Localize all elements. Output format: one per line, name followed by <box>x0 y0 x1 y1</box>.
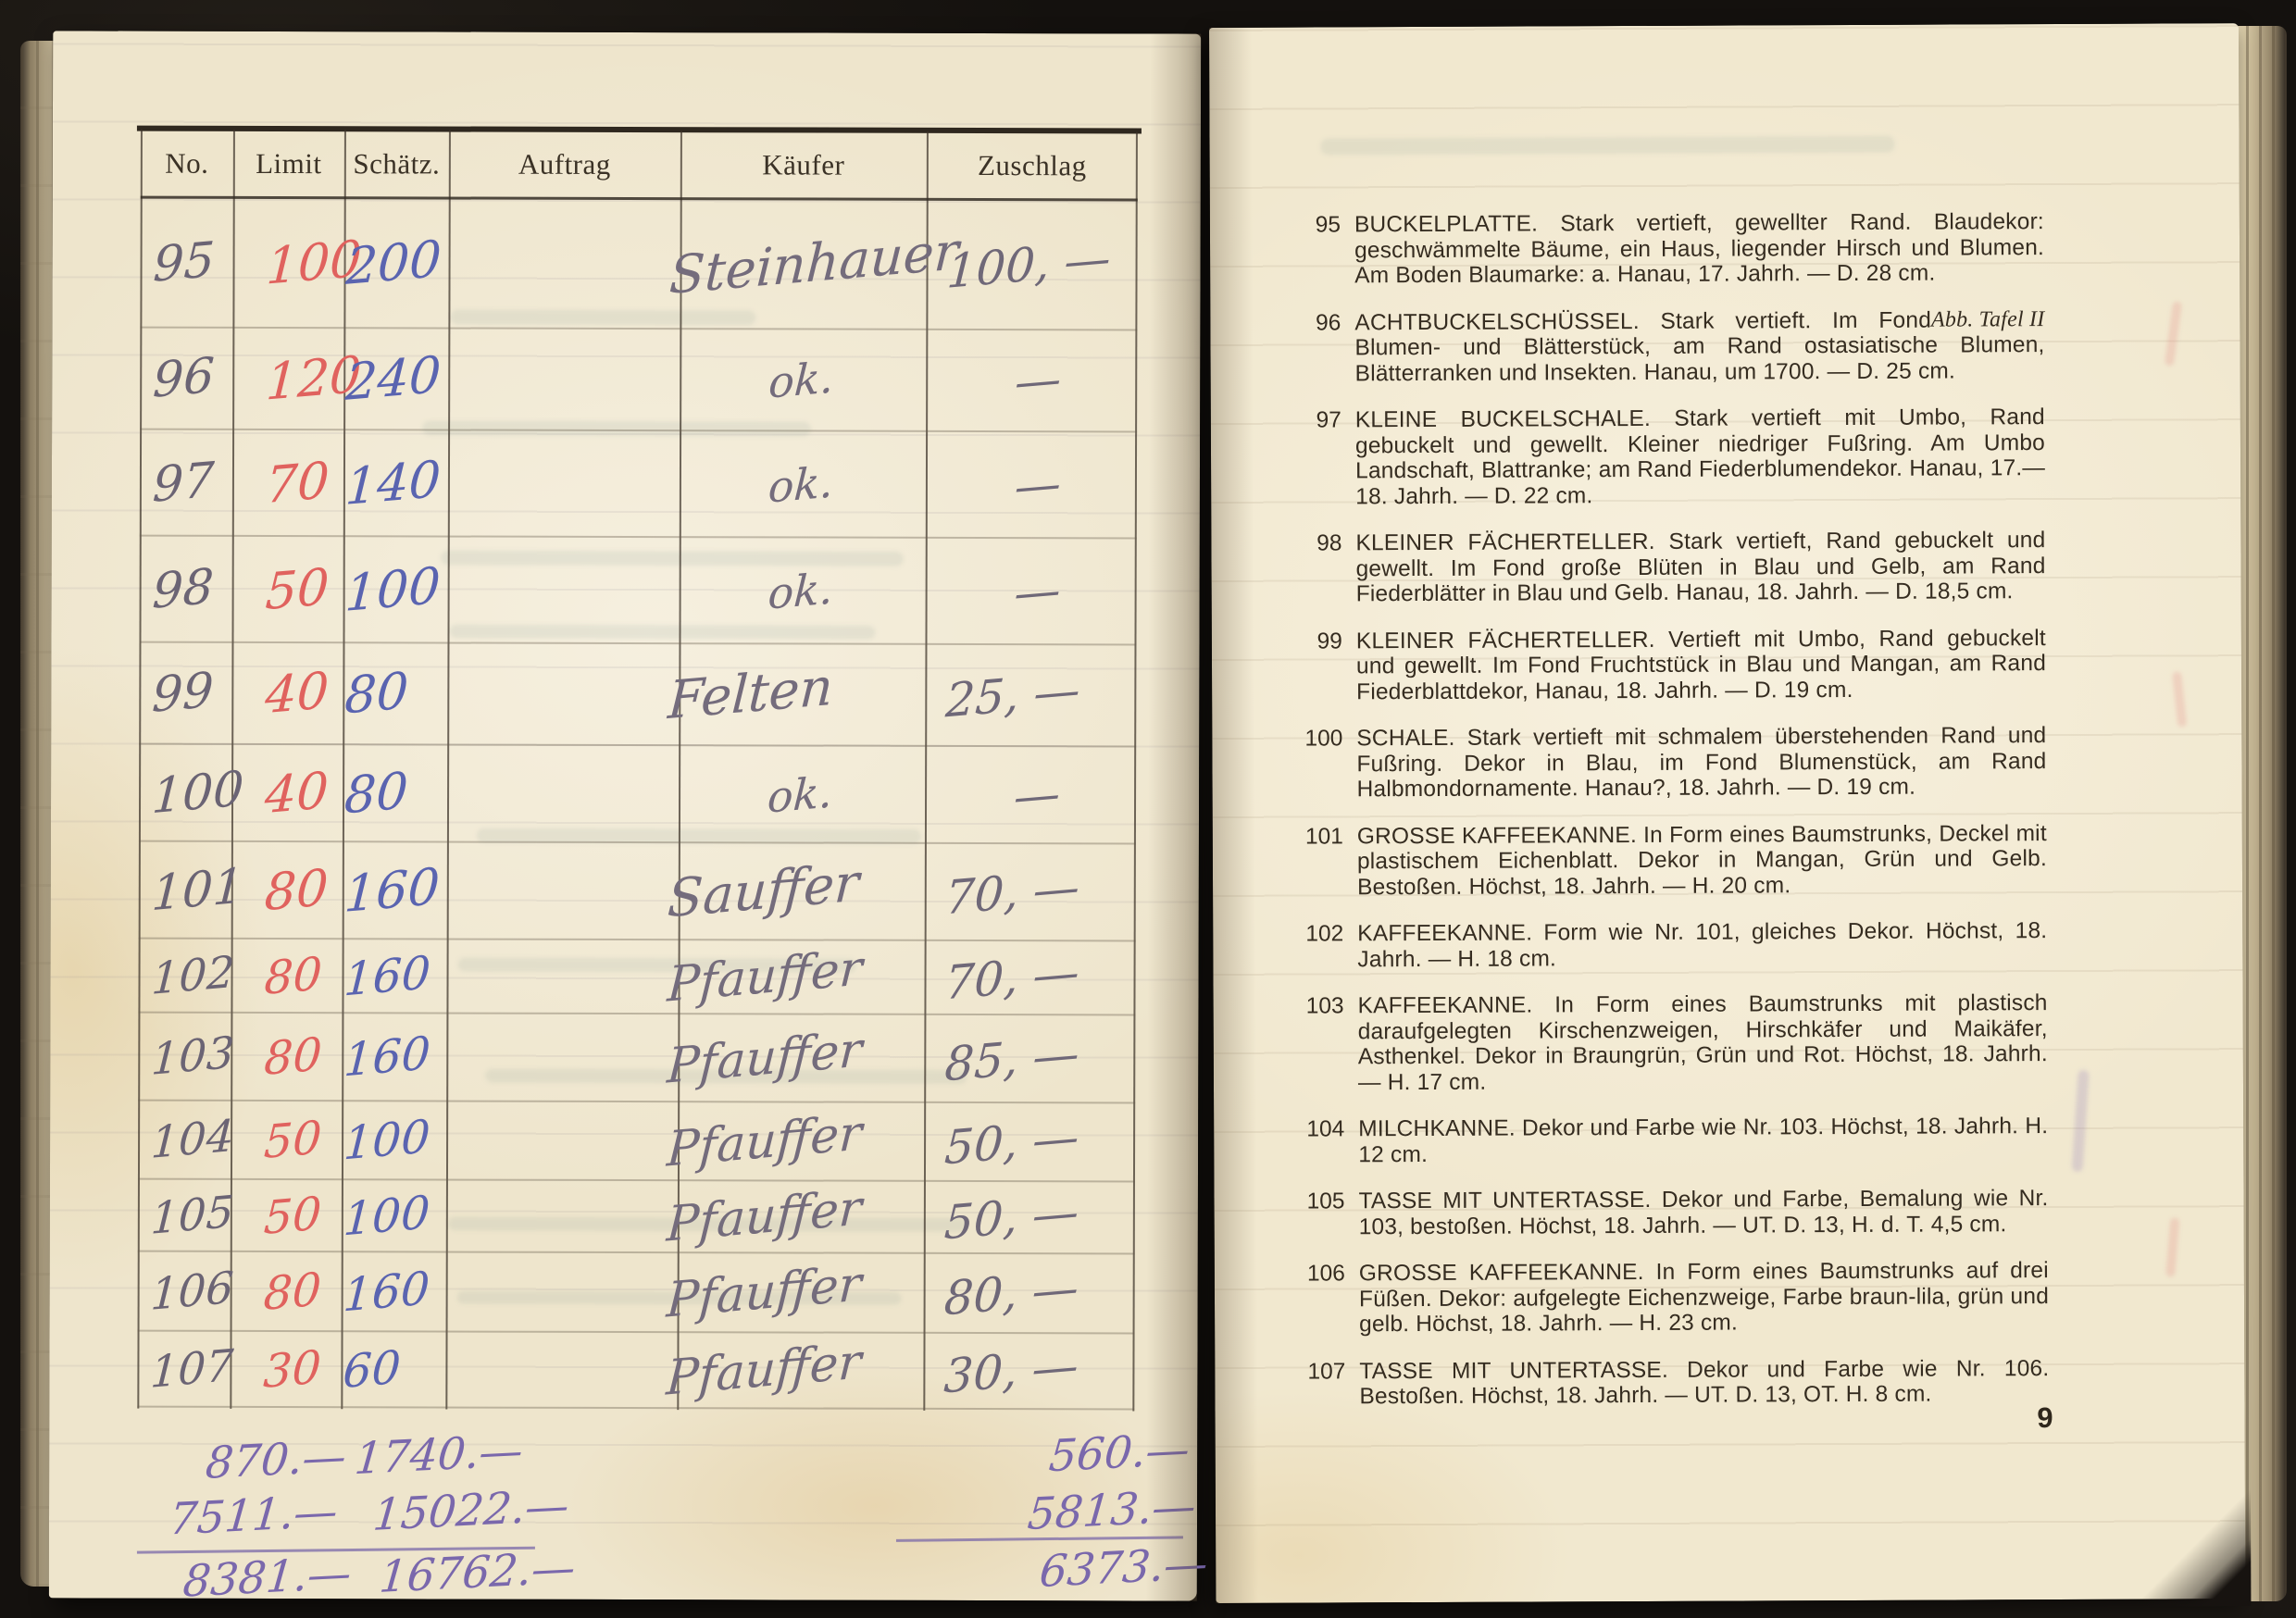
entry-description: MILCHKANNE. Dekor und Farbe wie Nr. 103.… <box>1358 1114 2048 1167</box>
hammer-price-cell: — <box>925 747 1136 843</box>
total-limit: 8381.— <box>181 1551 354 1603</box>
column-header-limit: Limit <box>233 147 344 180</box>
catalog-entry: 98 KLEINER FÄCHERTELLER. Stark vertieft,… <box>1290 528 2045 607</box>
table-header-row: No. Limit Schätz. Auftrag Käufer Zuschla… <box>141 131 1138 202</box>
hammer-price-cell: — <box>925 539 1136 644</box>
limit-cell: 50 <box>231 1101 342 1178</box>
entry-description: KLEINE BUCKELSCHALE. Stark vertieft mit … <box>1355 404 2045 509</box>
hammer-price: — <box>1013 566 1062 616</box>
estimate-cell: 80 <box>343 643 447 743</box>
hammer-price-cell: 70, — <box>924 941 1135 1014</box>
buyer-cell: Felten <box>679 644 925 745</box>
entry-description: KLEINER FÄCHERTELLER. Vertieft mit Umbo,… <box>1356 626 2046 704</box>
auftrag-cell <box>446 1180 678 1251</box>
lot-number-cell: 100 <box>139 745 231 840</box>
buyer-name: Pfauffer <box>666 944 863 1009</box>
lot-number-cell: 107 <box>137 1332 230 1406</box>
limit-value: 50 <box>264 561 330 616</box>
table-row: 104 50 100 Pfauffer 50, — <box>138 1101 1135 1183</box>
auftrag-cell <box>448 199 680 328</box>
auftrag-cell <box>448 329 680 429</box>
lot-number-cell: 98 <box>139 537 231 641</box>
lot-number: 100 <box>151 765 245 821</box>
table-row: 98 50 100 ok. — <box>139 537 1136 646</box>
estimate-cell: 160 <box>342 940 446 1012</box>
limit-value: 80 <box>263 951 323 1002</box>
estimate-cell: 80 <box>343 745 447 840</box>
auftrag-cell <box>447 842 679 939</box>
subtotal-limit: 870.— <box>204 1435 348 1486</box>
entry-text: KLEINER FÄCHERTELLER. Vertieft mit Umbo,… <box>1356 626 2046 705</box>
buyer-cell: Pfauffer <box>678 1253 924 1332</box>
entry-description: TASSE MIT UNTERTASSE. Dekor und Farbe wi… <box>1359 1356 2049 1410</box>
lot-number: 96 <box>152 352 216 405</box>
showthrough-mark <box>2172 671 2187 728</box>
entry-number: 103 <box>1292 993 1344 1095</box>
catalog-entry: 100 SCHALE. Stark vertieft mit schmalem … <box>1291 723 2046 803</box>
carry-hammer: 5813.— <box>1026 1485 1198 1537</box>
lot-number-cell: 96 <box>140 329 232 429</box>
column-header-auftrag: Auftrag <box>449 147 680 181</box>
hammer-price: 70, — <box>944 863 1081 921</box>
estimate-value: 80 <box>343 666 409 721</box>
lot-number: 106 <box>150 1265 235 1316</box>
hammer-price: 100, — <box>945 234 1111 294</box>
ledger-left-page: No. Limit Schätz. Auftrag Käufer Zuschla… <box>49 31 1201 1600</box>
column-header-schaetz: Schätz. <box>344 147 449 180</box>
column-header-zuschlag: Zuschlag <box>927 149 1138 183</box>
lot-number-cell: 95 <box>140 199 232 327</box>
table-row: 105 50 100 Pfauffer 50, — <box>138 1180 1135 1255</box>
scan-background: No. Limit Schätz. Auftrag Käufer Zuschla… <box>0 0 2296 1618</box>
entry-text: TASSE MIT UNTERTASSE. Dekor und Farbe, B… <box>1358 1186 2048 1239</box>
entry-text: BUCKELPLATTE. Stark vertieft, gewellter … <box>1354 209 2044 289</box>
estimate-value: 100 <box>343 1189 431 1242</box>
entry-number: 95 <box>1289 212 1341 289</box>
estimate-cell: 200 <box>343 199 448 327</box>
buyer-name: Pfauffer <box>666 1260 863 1325</box>
hammer-price: — <box>1014 355 1063 406</box>
auftrag-cell <box>446 1252 678 1331</box>
limit-value: 30 <box>262 1344 322 1395</box>
handwritten-totals: 870.— 1740.— 7511.— 15022.— 8381.— 16762… <box>141 126 1138 129</box>
limit-value: 80 <box>263 1031 323 1082</box>
hammer-price-cell: 50, — <box>924 1103 1135 1181</box>
hammer-price: 50, — <box>943 1113 1080 1171</box>
buyer-name: ok. <box>767 355 835 404</box>
lot-number: 97 <box>152 455 216 509</box>
column-header-no: No. <box>141 147 233 180</box>
table-row: 95 100 200 Steinhauer 100, — <box>140 199 1137 331</box>
buyer-cell: Sauffer <box>679 843 925 940</box>
buyer-name: Pfauffer <box>666 1109 863 1174</box>
catalog-entry: 101 GROSSE KAFFEEKANNE. In Form eines Ba… <box>1291 821 2047 901</box>
limit-cell: 40 <box>231 745 343 840</box>
limit-cell: 80 <box>231 1014 342 1100</box>
table-row: 106 80 160 Pfauffer 80, — <box>138 1252 1135 1335</box>
table-row: 103 80 160 Pfauffer 85, — <box>138 1014 1135 1104</box>
buyer-name: Steinhauer <box>668 226 960 303</box>
limit-value: 40 <box>264 666 330 721</box>
table-row: 101 80 160 Sauffer 70, — <box>139 842 1136 942</box>
entry-description: KAFFEEKANNE. In Form eines Baumstrunks m… <box>1358 990 2048 1095</box>
estimate-value: 160 <box>343 1030 431 1083</box>
hammer-price: 50, — <box>943 1189 1080 1247</box>
estimate-value: 160 <box>342 1265 430 1318</box>
estimate-cell: 160 <box>342 1014 446 1100</box>
entry-description: KLEINER FÄCHERTELLER. Stark vertieft, Ra… <box>1355 528 2045 606</box>
limit-cell: 70 <box>232 430 343 535</box>
limit-value: 80 <box>263 862 329 917</box>
hammer-price-cell: 100, — <box>926 201 1137 330</box>
catalog-entry: 106 GROSSE KAFFEEKANNE. In Form eines Ba… <box>1293 1258 2049 1338</box>
table-row: 96 120 240 ok. — <box>140 329 1137 433</box>
limit-value: 70 <box>265 454 331 510</box>
entry-text: KAFFEEKANNE. Form wie Nr. 101, gleiches … <box>1357 918 2047 972</box>
entry-text: GROSSE KAFFEEKANNE. In Form eines Baumst… <box>1359 1258 2049 1338</box>
lot-number: 102 <box>150 950 235 1001</box>
estimate-value: 100 <box>343 560 442 618</box>
page-number: 9 <box>2006 1401 2053 1435</box>
hammer-price-cell: 85, — <box>924 1015 1135 1102</box>
hammer-price: 85, — <box>943 1029 1080 1088</box>
lot-number-cell: 101 <box>139 842 231 938</box>
entry-description: GROSSE KAFFEEKANNE. In Form eines Baumst… <box>1359 1258 2049 1337</box>
column-header-kaeufer: Käufer <box>680 148 927 182</box>
auftrag-cell <box>446 1101 678 1179</box>
hammer-price: 80, — <box>943 1264 1080 1323</box>
limit-value: 40 <box>264 765 330 820</box>
catalog-right-page: 95 BUCKELPLATTE. Stark vertieft, gewellt… <box>1209 23 2245 1603</box>
auftrag-cell <box>447 537 679 642</box>
catalog-entries: 95 BUCKELPLATTE. Stark vertieft, gewellt… <box>1289 209 2050 1431</box>
entry-text: Abb. Tafel IIACHTBUCKELSCHÜSSEL. Stark v… <box>1354 307 2044 387</box>
lot-number: 104 <box>150 1114 235 1165</box>
carry-estimate: 15022.— <box>371 1484 570 1537</box>
total-hammer: 6373.— <box>1038 1542 1210 1594</box>
buyer-name: ok. <box>767 770 834 818</box>
hammer-price: 25, — <box>944 666 1081 725</box>
showthrough-mark <box>1321 136 1895 156</box>
lot-number-cell: 103 <box>138 1014 231 1100</box>
buyer-cell: ok. <box>680 431 926 537</box>
limit-cell: 50 <box>231 537 343 641</box>
lot-number-cell: 102 <box>138 940 231 1012</box>
estimate-value: 200 <box>344 234 443 292</box>
catalog-entry: 95 BUCKELPLATTE. Stark vertieft, gewellt… <box>1289 209 2044 289</box>
lot-number-cell: 104 <box>138 1101 231 1178</box>
hammer-price-cell: 80, — <box>924 1254 1135 1333</box>
buyer-cell: Pfauffer <box>678 1102 924 1180</box>
buyer-cell: Steinhauer <box>680 200 926 329</box>
limit-cell: 80 <box>231 1252 342 1330</box>
buyer-name: Felten <box>667 662 834 728</box>
entry-number: 97 <box>1290 407 1341 509</box>
estimate-value: 240 <box>344 350 443 408</box>
subtotal-estimate: 1740.— <box>353 1429 525 1481</box>
estimate-value: 160 <box>343 950 431 1002</box>
lot-number: 98 <box>151 562 215 616</box>
limit-value: 50 <box>263 1190 323 1241</box>
showthrough-mark <box>2072 1070 2090 1173</box>
buyer-cell: ok. <box>679 538 925 643</box>
estimate-cell: 100 <box>342 1180 446 1251</box>
table-row: 97 70 140 ok. — <box>140 430 1137 540</box>
entry-number: 102 <box>1291 921 1343 972</box>
buyer-cell: ok. <box>679 746 925 842</box>
buyer-name: Pfauffer <box>666 1184 863 1249</box>
limit-cell: 30 <box>230 1332 341 1406</box>
entry-description: GROSSE KAFFEEKANNE. In Form eines Baumst… <box>1357 821 2047 900</box>
estimate-value: 60 <box>342 1344 402 1395</box>
entry-text: MILCHKANNE. Dekor und Farbe wie Nr. 103.… <box>1358 1114 2048 1167</box>
limit-cell: 40 <box>231 643 343 743</box>
page-corner-shadow <box>2093 1486 2252 1607</box>
entry-description: KAFFEEKANNE. Form wie Nr. 101, gleiches … <box>1357 918 2047 972</box>
auftrag-cell <box>445 1332 677 1407</box>
lot-number: 107 <box>149 1343 234 1394</box>
hammer-price-cell: — <box>926 432 1137 538</box>
buyer-cell: Pfauffer <box>678 1181 924 1252</box>
lot-number-cell: 97 <box>140 430 232 535</box>
estimate-cell: 160 <box>343 842 447 938</box>
auftrag-cell <box>447 745 679 841</box>
hammer-price-cell: 50, — <box>924 1182 1135 1253</box>
hammer-price-cell: 30, — <box>923 1334 1134 1409</box>
lot-number: 103 <box>150 1031 235 1082</box>
lot-number: 105 <box>150 1189 235 1240</box>
entry-description: SCHALE. Stark vertieft mit schmalem über… <box>1356 723 2046 802</box>
entry-text: KLEINE BUCKELSCHALE. Stark vertieft mit … <box>1355 404 2045 509</box>
entry-plate-note: Abb. Tafel II <box>1931 307 2045 333</box>
estimate-value: 160 <box>343 861 441 919</box>
entry-number: 99 <box>1291 629 1342 705</box>
entry-number: 104 <box>1292 1116 1344 1167</box>
total-estimate: 16762.— <box>378 1546 577 1599</box>
entry-text: KAFFEEKANNE. In Form eines Baumstrunks m… <box>1358 990 2048 1095</box>
catalog-entry: 99 KLEINER FÄCHERTELLER. Vertieft mit Um… <box>1291 626 2046 705</box>
estimate-cell: 100 <box>343 537 447 641</box>
catalog-entry: 96 Abb. Tafel IIACHTBUCKELSCHÜSSEL. Star… <box>1289 307 2044 387</box>
lot-number-cell: 106 <box>138 1252 231 1330</box>
estimate-cell: 140 <box>343 430 448 535</box>
buyer-name: ok. <box>767 566 834 615</box>
catalog-entry: 107 TASSE MIT UNTERTASSE. Dekor und Farb… <box>1293 1356 2049 1411</box>
estimate-cell: 60 <box>341 1332 445 1406</box>
limit-cell: 50 <box>231 1180 342 1251</box>
showthrough-mark <box>2165 1217 2179 1277</box>
lot-number-cell: 105 <box>138 1180 231 1251</box>
lot-number-cell: 99 <box>139 643 231 743</box>
hammer-price: 30, — <box>942 1342 1079 1400</box>
subtotal-hammer: 560.— <box>1047 1427 1192 1478</box>
lot-number: 95 <box>152 236 216 290</box>
buyer-cell: Pfauffer <box>677 1333 923 1408</box>
catalog-entry: 97 KLEINE BUCKELSCHALE. Stark vertieft m… <box>1290 404 2045 510</box>
entry-text: GROSSE KAFFEEKANNE. In Form eines Baumst… <box>1357 821 2047 901</box>
entry-description: BUCKELPLATTE. Stark vertieft, gewellter … <box>1354 209 2044 288</box>
catalog-entry: 104 MILCHKANNE. Dekor und Farbe wie Nr. … <box>1292 1114 2048 1168</box>
entry-text: KLEINER FÄCHERTELLER. Stark vertieft, Ra… <box>1355 528 2045 607</box>
lot-number: 101 <box>151 862 245 918</box>
limit-cell: 100 <box>232 199 343 327</box>
entry-number: 105 <box>1292 1189 1344 1239</box>
entry-text: SCHALE. Stark vertieft mit schmalem über… <box>1356 723 2046 803</box>
limit-value: 80 <box>262 1266 322 1317</box>
ledger-rows: 95 100 200 Steinhauer 100, — 96 120 240 … <box>137 199 1137 1411</box>
entry-number: 106 <box>1293 1261 1345 1338</box>
entry-text: TASSE MIT UNTERTASSE. Dekor und Farbe wi… <box>1359 1356 2049 1410</box>
catalog-entry: 103 KAFFEEKANNE. In Form eines Baumstrun… <box>1292 990 2048 1096</box>
limit-cell: 80 <box>231 940 342 1012</box>
entry-number: 100 <box>1291 726 1342 803</box>
hammer-price: — <box>1014 459 1063 510</box>
buyer-name: Sauffer <box>667 857 861 926</box>
buyer-cell: Pfauffer <box>678 1014 924 1101</box>
hammer-price-cell: 25, — <box>925 645 1136 746</box>
entry-number: 96 <box>1289 310 1341 387</box>
hammer-price-cell: 70, — <box>925 844 1136 940</box>
entry-number: 107 <box>1293 1359 1345 1410</box>
catalog-entry: 105 TASSE MIT UNTERTASSE. Dekor und Farb… <box>1292 1186 2048 1240</box>
auftrag-cell <box>446 940 678 1013</box>
limit-value: 50 <box>263 1114 323 1165</box>
estimate-cell: 100 <box>342 1101 446 1178</box>
table-row: 99 40 80 Felten 25, — <box>139 643 1136 748</box>
entry-number: 98 <box>1290 530 1341 607</box>
auftrag-cell <box>447 643 679 744</box>
auftrag-cell <box>446 1014 678 1101</box>
estimate-value: 100 <box>343 1114 431 1166</box>
table-row: 102 80 160 Pfauffer 70, — <box>138 940 1135 1016</box>
entry-description: TASSE MIT UNTERTASSE. Dekor und Farbe, B… <box>1358 1186 2048 1239</box>
hammer-price: 70, — <box>943 949 1080 1007</box>
buyer-name: ok. <box>767 460 835 508</box>
estimate-value: 140 <box>344 454 443 512</box>
catalog-entry: 102 KAFFEEKANNE. Form wie Nr. 101, gleic… <box>1291 918 2047 973</box>
table-row: 100 40 80 ok. — <box>139 745 1136 845</box>
table-row: 107 30 60 Pfauffer 30, — <box>137 1332 1134 1411</box>
auction-ledger-table: No. Limit Schätz. Auftrag Käufer Zuschla… <box>137 126 1138 1412</box>
auftrag-cell <box>448 430 680 536</box>
limit-cell: 80 <box>231 842 343 938</box>
hammer-price-cell: — <box>926 330 1137 431</box>
entry-number: 101 <box>1291 824 1343 901</box>
estimate-cell: 240 <box>343 329 448 429</box>
showthrough-mark <box>2165 301 2182 367</box>
buyer-name: Pfauffer <box>665 1338 862 1402</box>
lot-number: 99 <box>151 666 215 720</box>
estimate-cell: 160 <box>342 1252 446 1330</box>
limit-cell: 120 <box>232 329 343 429</box>
buyer-cell: ok. <box>680 330 926 430</box>
hammer-price: — <box>1013 769 1062 820</box>
carry-limit: 7511.— <box>168 1489 340 1541</box>
buyer-name: Pfauffer <box>666 1026 863 1090</box>
buyer-cell: Pfauffer <box>678 940 924 1014</box>
estimate-value: 80 <box>343 765 409 821</box>
